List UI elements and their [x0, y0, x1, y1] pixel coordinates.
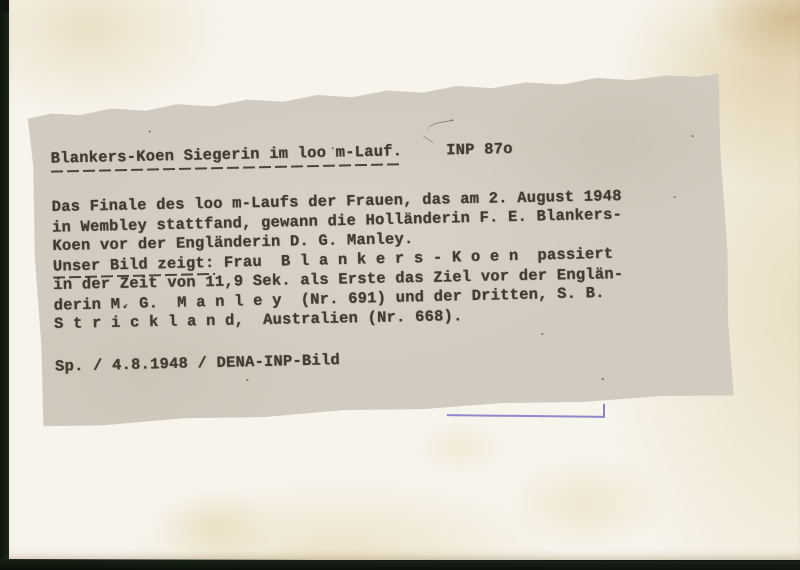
credit-line: Sp. / 4.8.1948 / DENA-INP-Bild	[55, 343, 710, 378]
ink-speck	[246, 379, 248, 381]
scan-edge-bottom	[0, 559, 800, 570]
headline-row: Blankers-Koen Siegerin im loo m-Lauf. IN…	[50, 136, 705, 172]
scanned-photo-caption: Blankers-Koen Siegerin im loo m-Lauf. IN…	[0, 0, 800, 570]
typewritten-caption: Blankers-Koen Siegerin im loo m-Lauf. IN…	[50, 136, 710, 376]
scan-edge-left	[0, 12, 9, 570]
headline: Blankers-Koen Siegerin im loo m-Lauf.	[50, 142, 402, 172]
pencil-mark	[426, 119, 455, 132]
ink-speck	[149, 131, 151, 133]
photo-number: INP 87o	[446, 140, 513, 161]
caption-slip: Blankers-Koen Siegerin im loo m-Lauf. IN…	[27, 72, 735, 431]
ink-speck	[602, 378, 604, 380]
ink-speck	[450, 119, 452, 121]
